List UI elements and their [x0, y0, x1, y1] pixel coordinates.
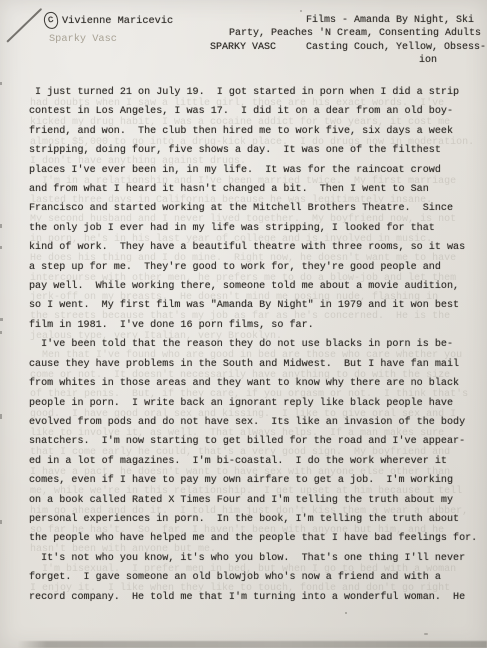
ghost-author-name: Sparky Vasc: [49, 33, 117, 45]
pencil-stroke: [6, 8, 42, 43]
body-text: I just turned 21 on July 19. I got start…: [29, 83, 477, 607]
subject-name: SPARKY VASC: [210, 42, 276, 54]
paper-speck: [424, 633, 428, 635]
author-name: Vivienne Maricevic: [62, 15, 173, 27]
copyright-letter: c: [47, 15, 55, 27]
scan-edge-mark: [0, 318, 3, 321]
scanned-typescript-page: c Vivienne Maricevic Sparky Vasc Films -…: [0, 0, 487, 648]
films-list-line-4: ion: [419, 55, 437, 67]
scan-edge-mark: [0, 331, 2, 334]
paper-speck: [345, 612, 347, 614]
scan-edge-mark: [0, 520, 2, 524]
scan-edge-mark: [0, 246, 2, 249]
paper-speck: [300, 10, 302, 12]
scan-edge-mark: [0, 414, 2, 419]
copyright-circle: c: [43, 11, 60, 30]
films-list-line-3: Casting Couch, Yellow, Obsess-: [306, 42, 486, 54]
scan-edge-mark: [0, 82, 2, 85]
films-list-line-2: Party, Peaches 'N Cream, Consenting Adul…: [229, 28, 481, 40]
page-bottom-edge-shadow: [18, 641, 487, 648]
scan-edge-mark: [0, 224, 2, 228]
films-list-line-1: Films - Amanda By Night, Ski: [306, 15, 474, 27]
